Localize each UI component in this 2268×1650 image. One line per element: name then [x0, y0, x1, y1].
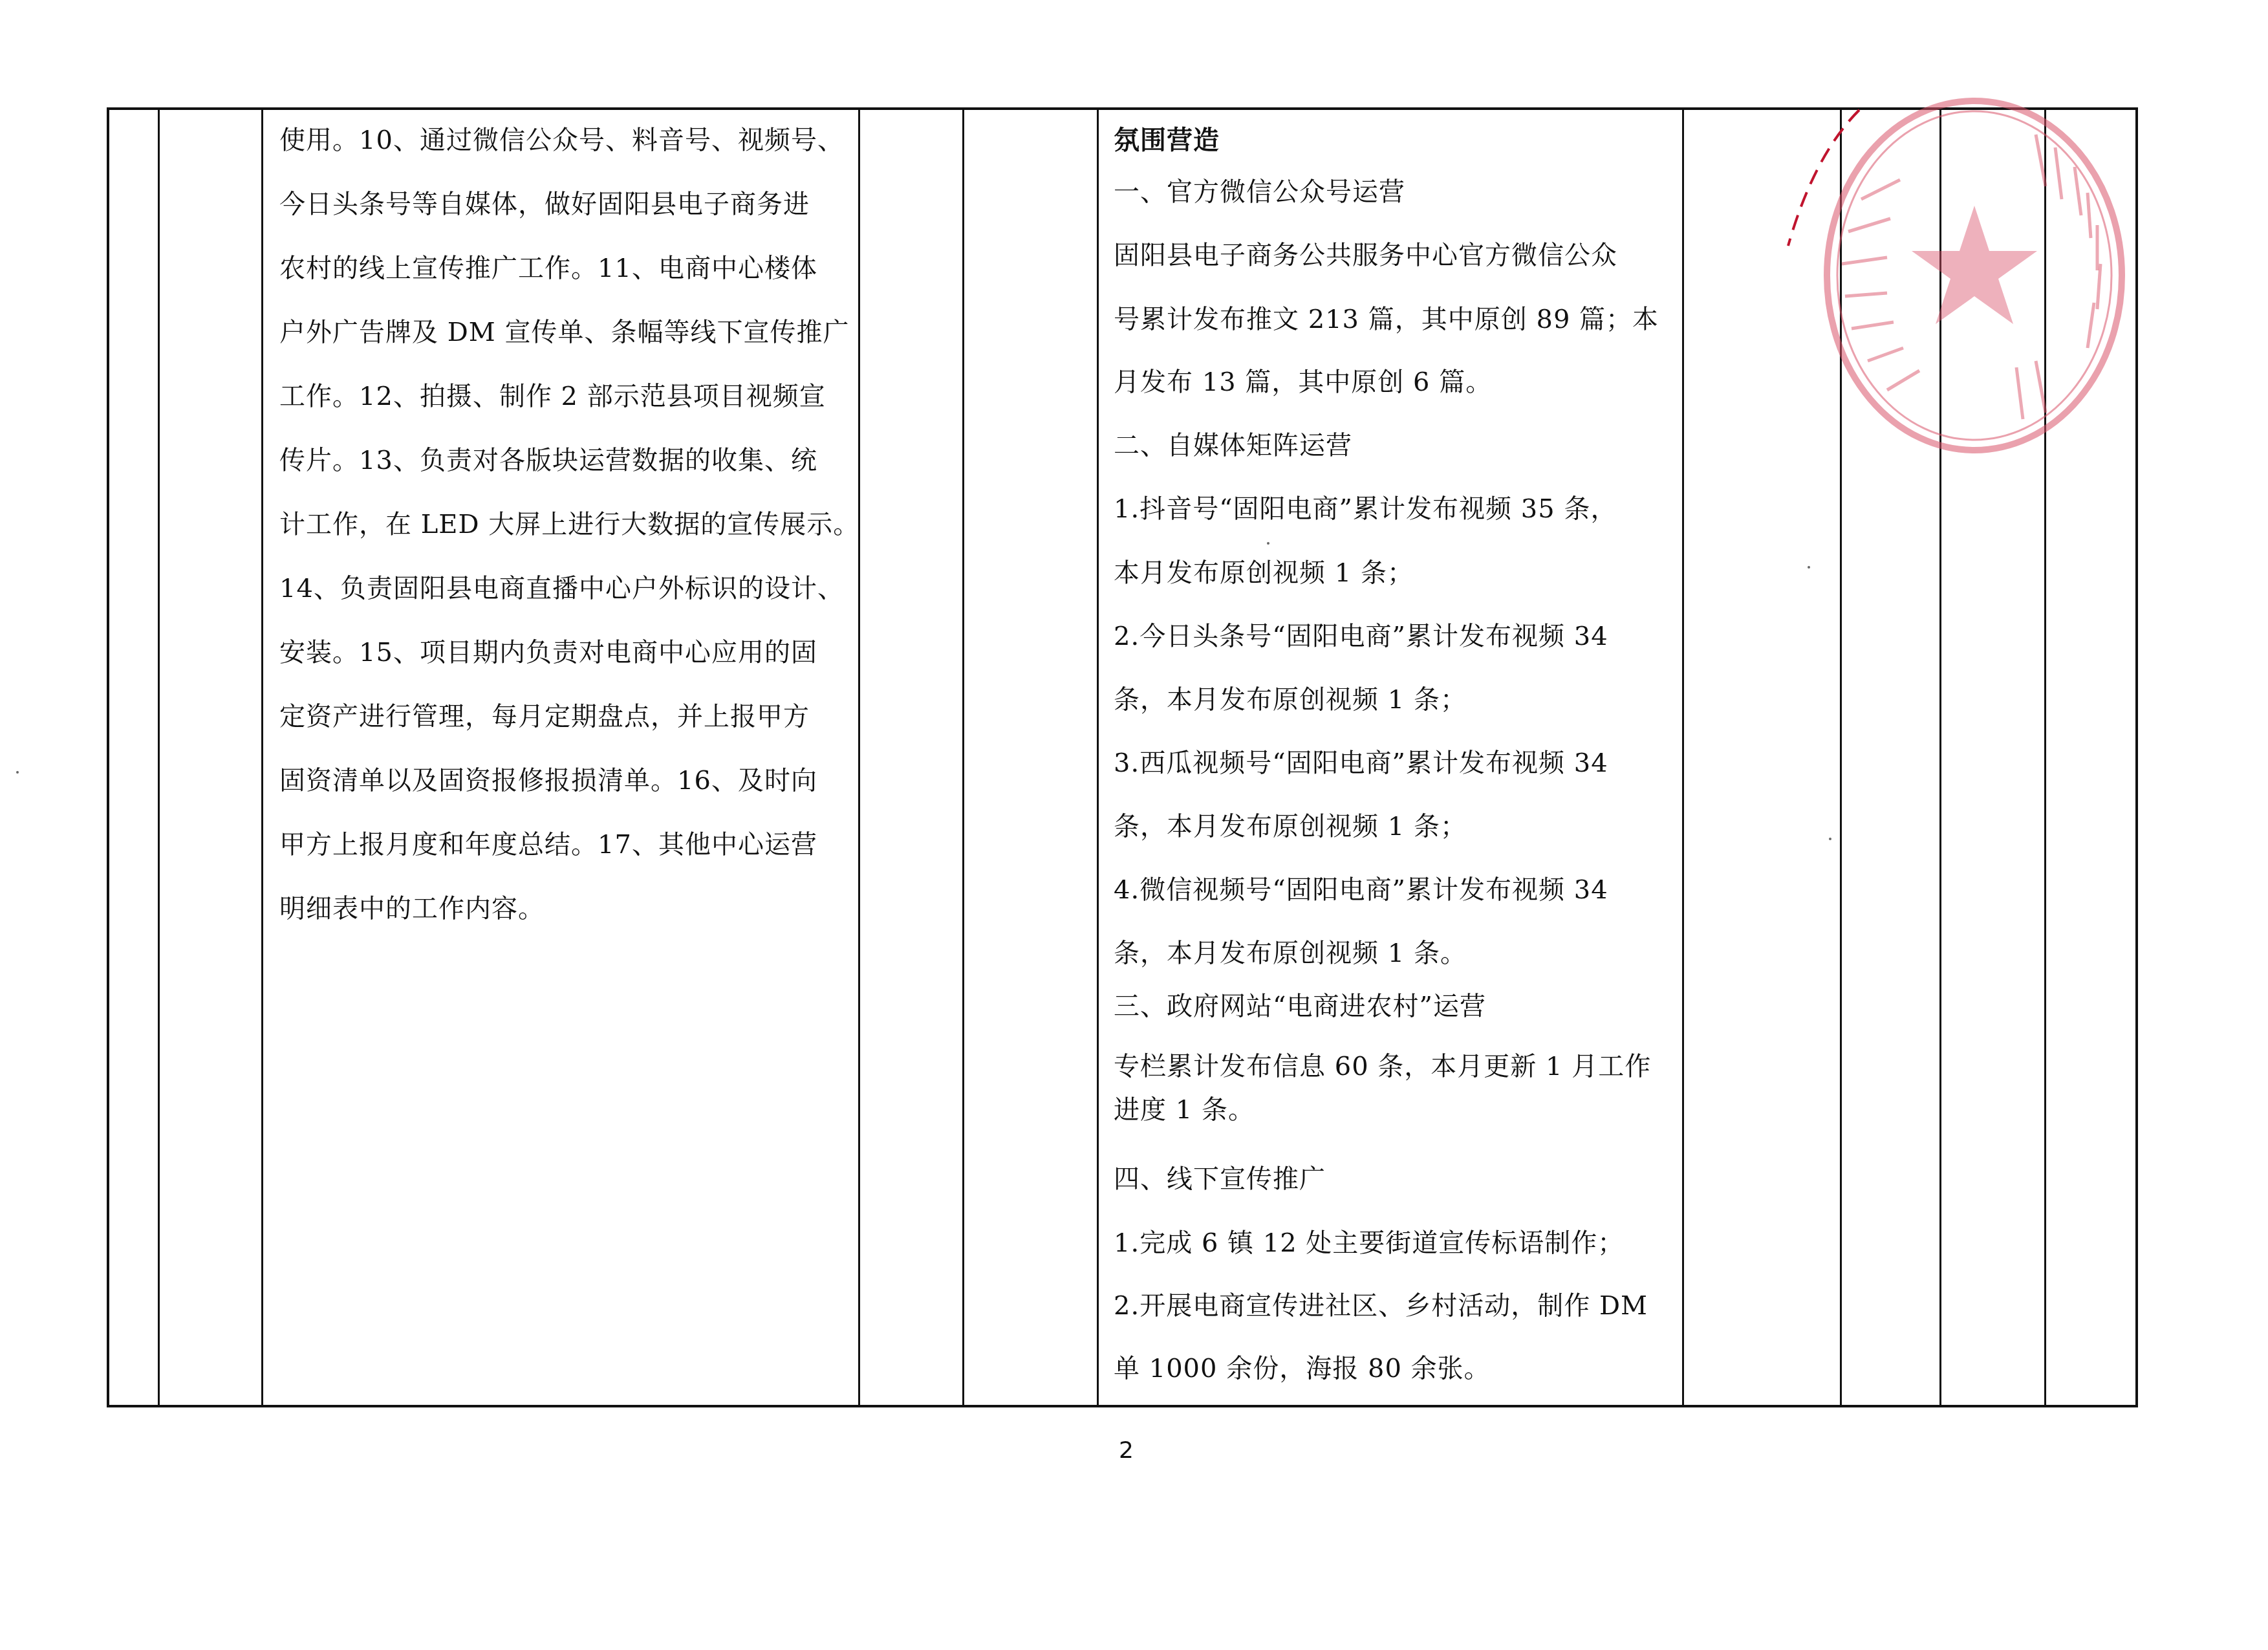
seal-edge-arc-icon [1775, 103, 1866, 265]
progress-line: 1.完成 6 镇 12 处主要街道宣传标语制作； [1114, 1211, 1624, 1275]
table-column-divider [962, 107, 964, 1407]
progress-line: 2.今日头条号“固阳电商”累计发布视频 34 [1114, 605, 1608, 669]
progress-line: 三、政府网站“电商进农村”运营 [1114, 975, 1486, 1039]
progress-line: 四、线下宣传推广 [1114, 1147, 1326, 1211]
responsibilities-cell: 使用。10、通过微信公众号、料音号、视频号、 今日头条号等自媒体，做好固阳县电子… [279, 109, 859, 941]
table-column-divider [158, 107, 160, 1407]
document-page: 使用。10、通过微信公众号、料音号、视频号、 今日头条号等自媒体，做好固阳县电子… [0, 0, 2268, 1650]
responsibility-line: 工作。12、拍摄、制作 2 部示范县项目视频宣 [279, 365, 859, 429]
progress-line: 固阳县电子商务公共服务中心官方微信公众 [1114, 224, 1617, 288]
progress-line: 1.抖音号“固阳电商”累计发布视频 35 条， [1114, 477, 1617, 541]
progress-line: 本月发布原创视频 1 条； [1114, 541, 1414, 605]
progress-line: 3.西瓜视频号“固阳电商”累计发布视频 34 [1114, 732, 1608, 796]
responsibility-line: 甲方上报月度和年度总结。17、其他中心运营 [279, 813, 859, 877]
responsibility-line: 户外广告牌及 DM 宣传单、条幅等线下宣传推广 [279, 301, 859, 365]
scan-speck [16, 771, 19, 774]
page-number: 2 [1119, 1437, 1134, 1464]
table-column-divider [2044, 107, 2046, 1407]
progress-line: 单 1000 余份，海报 80 余张。 [1114, 1337, 1491, 1401]
scan-speck [1267, 542, 1269, 545]
progress-line: 一、官方微信公众号运营 [1114, 160, 1405, 224]
table-column-divider [1939, 107, 1941, 1407]
progress-line: 条，本月发布原创视频 1 条； [1114, 668, 1467, 732]
scan-speck [1829, 838, 1831, 840]
table-column-divider [1097, 107, 1099, 1407]
responsibility-line: 固资清单以及固资报修报损清单。16、及时向 [279, 749, 859, 813]
progress-line: 二、自媒体矩阵运营 [1114, 414, 1352, 478]
table-column-divider [261, 107, 263, 1407]
progress-line: 月发布 13 篇，其中原创 6 篇。 [1114, 351, 1492, 415]
progress-line: 4.微信视频号“固阳电商”累计发布视频 34 [1114, 858, 1608, 922]
progress-line: 2.开展电商宣传进社区、乡村活动，制作 DM [1114, 1274, 1648, 1338]
responsibility-line: 明细表中的工作内容。 [279, 877, 859, 941]
responsibility-line: 农村的线上宣传推广工作。11、电商中心楼体 [279, 237, 859, 301]
responsibility-line: 今日头条号等自媒体，做好固阳县电子商务进 [279, 173, 859, 237]
scan-speck [590, 768, 593, 770]
table-column-divider [1840, 107, 1842, 1407]
progress-line: 条，本月发布原创视频 1 条； [1114, 795, 1467, 859]
responsibility-line: 定资产进行管理，每月定期盘点，并上报甲方 [279, 685, 859, 749]
responsibility-line: 计工作，在 LED 大屏上进行大数据的宣传展示。 [279, 493, 859, 557]
progress-line: 号累计发布推文 213 篇，其中原创 89 篇；本 [1114, 288, 1659, 352]
responsibility-line: 14、负责固阳县电商直播中心户外标识的设计、 [279, 557, 859, 621]
progress-line: 进度 1 条。 [1114, 1078, 1255, 1142]
responsibility-line: 传片。13、负责对各版块运营数据的收集、统 [279, 429, 859, 493]
scan-speck [1808, 566, 1810, 569]
responsibility-line: 安装。15、项目期内负责对电商中心应用的固 [279, 621, 859, 685]
responsibility-line: 使用。10、通过微信公众号、料音号、视频号、 [279, 109, 859, 173]
table-column-divider [1682, 107, 1684, 1407]
